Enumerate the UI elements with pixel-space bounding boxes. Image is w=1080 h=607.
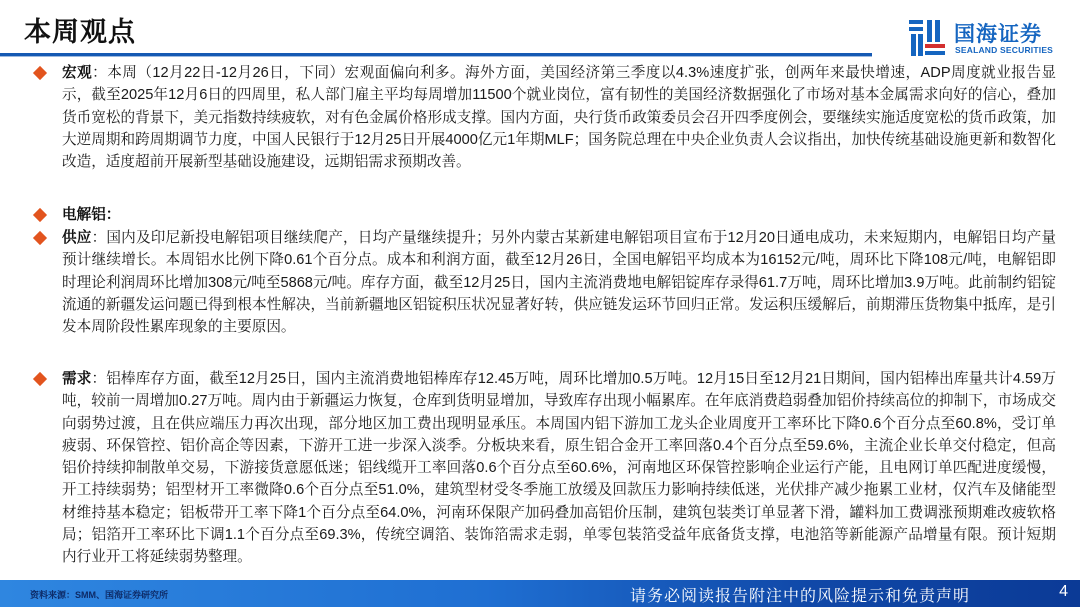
bullet-demand: 需求：铝棒库存方面，截至12月25日，国内主流消费地铝棒库存12.45万吨，周环… xyxy=(0,368,1080,569)
logo-name-cn: 国海证券 xyxy=(954,18,1042,48)
slide-header: 本周观点 国海证券 SEALAND SECURITIES xyxy=(0,0,1080,60)
bullet-text-demand: ：铝棒库存方面，截至12月25日，国内主流消费地铝棒库存12.45万吨，周环比增… xyxy=(62,371,1056,565)
diamond-bullet-icon xyxy=(33,231,47,245)
page-number: 4 xyxy=(1059,583,1068,601)
source-note: 资料来源：SMM、国海证券研究所 xyxy=(30,588,168,601)
bullet-label-macro: 宏观 xyxy=(62,65,92,81)
bullet-aluminum: 电解铝： xyxy=(0,204,1080,226)
bullet-supply: 供应：国内及印尼新投电解铝项目继续爬产，日均产量继续提升；另外内蒙古某新建电解铝… xyxy=(0,227,1080,338)
sealand-logo-icon xyxy=(908,18,946,58)
diamond-bullet-icon xyxy=(33,208,47,222)
bullet-text-macro: ：本周（12月22日-12月26日，下同）宏观面偏向利多。海外方面，美国经济第三… xyxy=(62,65,1056,170)
bullet-label-demand: 需求 xyxy=(62,371,91,387)
bullet-text-supply: ：国内及印尼新投电解铝项目继续爬产，日均产量继续提升；另外内蒙古某新建电解铝项目… xyxy=(62,230,1056,335)
title-divider-shadow xyxy=(0,56,872,57)
bullet-label-aluminum: 电解铝： xyxy=(62,207,120,223)
bullet-macro: 宏观：本周（12月22日-12月26日，下同）宏观面偏向利多。海外方面，美国经济… xyxy=(0,62,1080,173)
diamond-bullet-icon xyxy=(33,66,47,80)
disclaimer-text: 请务必阅读报告附注中的风险提示和免责声明 xyxy=(630,583,970,606)
company-logo: 国海证券 SEALAND SECURITIES xyxy=(908,18,1068,60)
slide-footer: 资料来源：SMM、国海证券研究所 请务必阅读报告附注中的风险提示和免责声明 4 xyxy=(0,580,1080,607)
bullet-label-supply: 供应 xyxy=(62,230,92,246)
logo-name-en: SEALAND SECURITIES xyxy=(955,45,1053,55)
page-title: 本周观点 xyxy=(24,10,136,49)
diamond-bullet-icon xyxy=(33,372,47,386)
